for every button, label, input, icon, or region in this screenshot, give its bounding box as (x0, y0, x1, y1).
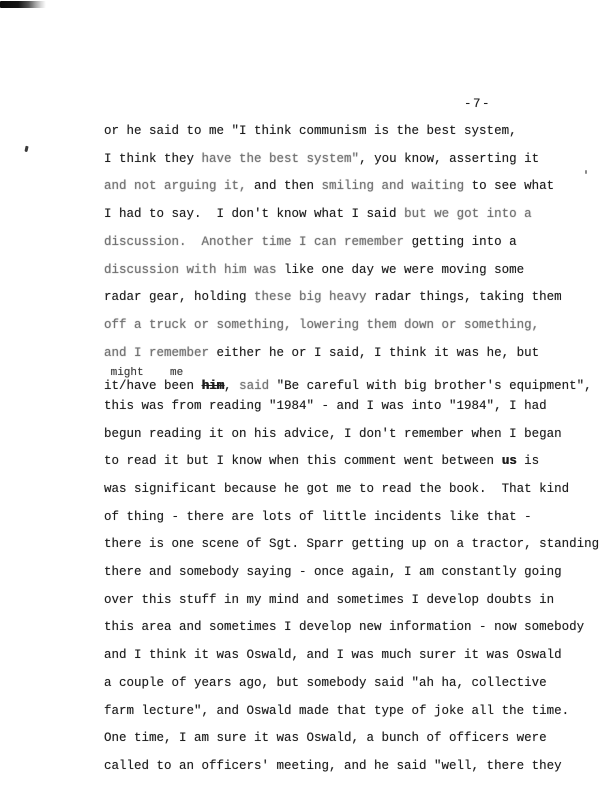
document-line: there is one scene of Sgt. Sparr getting… (104, 531, 609, 559)
text-segment: there and somebody saying - once again, … (104, 565, 562, 579)
document-line: begun reading it on his advice, I don't … (104, 421, 609, 449)
document-line: I think they have the best system", you … (104, 146, 609, 174)
document-line: and not arguing it, and then smiling and… (104, 173, 609, 201)
text-segment: have the best system" (202, 152, 360, 166)
overstruck-word: us (502, 454, 517, 468)
text-segment: off a truck or something, lowering them … (104, 318, 539, 332)
scan-smudge (0, 1, 46, 8)
document-body: or he said to me "I think communism is t… (104, 118, 609, 781)
text-segment: I had to say. I don't know what I said (104, 207, 404, 221)
text-segment: might me (104, 367, 183, 379)
document-line: a couple of years ago, but somebody said… (104, 670, 609, 698)
text-segment: radar things, taking them (374, 290, 562, 304)
text-segment: getting into a (412, 235, 517, 249)
text-segment: to see what (464, 179, 554, 193)
document-line: was significant because he got me to rea… (104, 476, 609, 504)
text-segment: called to an officers' meeting, and he s… (104, 759, 562, 773)
text-segment: this area and sometimes I develop new in… (104, 620, 584, 634)
text-segment: was significant because he got me to rea… (104, 482, 569, 496)
text-segment: , (224, 379, 239, 393)
text-segment: like one day we were moving some (284, 263, 524, 277)
document-line: discussion with him was like one day we … (104, 257, 609, 285)
text-segment: and I think it was Oswald, and I was muc… (104, 648, 562, 662)
text-segment: over this stuff in my mind and sometimes… (104, 593, 554, 607)
document-line: over this stuff in my mind and sometimes… (104, 587, 609, 615)
text-segment: I think they (104, 152, 202, 166)
text-segment: either he or I said, I think it was he, … (217, 346, 540, 360)
struck-word: him (202, 379, 225, 393)
text-segment: begun reading it on his advice, I don't … (104, 427, 562, 441)
page-number: -7- (464, 97, 491, 111)
text-segment: said (239, 379, 269, 393)
text-segment: and then (254, 179, 322, 193)
text-segment: discussion with him was (104, 263, 284, 277)
text-segment: there is one scene of Sgt. Sparr getting… (104, 537, 599, 551)
document-line: there and somebody saying - once again, … (104, 559, 609, 587)
document-line: this area and sometimes I develop new in… (104, 614, 609, 642)
document-line: of thing - there are lots of little inci… (104, 504, 609, 532)
text-segment: One time, I am sure it was Oswald, a bun… (104, 731, 547, 745)
text-segment: is (517, 454, 540, 468)
text-segment: this was from reading "1984" - and I was… (104, 399, 547, 413)
document-line: I had to say. I don't know what I said b… (104, 201, 609, 229)
text-segment: it/have been (104, 379, 202, 393)
text-segment: and I remember (104, 346, 217, 360)
document-page: -7- or he said to me "I think communism … (0, 0, 612, 791)
text-segment: a couple of years ago, but somebody said… (104, 676, 547, 690)
document-line: called to an officers' meeting, and he s… (104, 753, 609, 781)
text-segment: and not arguing it, (104, 179, 254, 193)
document-line: One time, I am sure it was Oswald, a bun… (104, 725, 609, 753)
document-line: off a truck or something, lowering them … (104, 312, 609, 340)
document-line: or he said to me "I think communism is t… (104, 118, 609, 146)
text-segment: discussion. Another time I can remember (104, 235, 412, 249)
text-segment: farm lecture", and Oswald made that type… (104, 704, 569, 718)
document-line: and I think it was Oswald, and I was muc… (104, 642, 609, 670)
document-line: to read it but I know when this comment … (104, 448, 609, 476)
document-line: radar gear, holding these big heavy rada… (104, 284, 609, 312)
text-segment: , you know, asserting it (359, 152, 539, 166)
document-line: it/have been him, said "Be careful with … (104, 380, 609, 393)
text-segment: smiling and waiting (322, 179, 465, 193)
text-segment: of thing - there are lots of little inci… (104, 510, 532, 524)
text-segment: radar gear, holding (104, 290, 254, 304)
document-line: discussion. Another time I can remember … (104, 229, 609, 257)
document-line: this was from reading "1984" - and I was… (104, 393, 609, 421)
document-line: farm lecture", and Oswald made that type… (104, 698, 609, 726)
text-segment: these big heavy (254, 290, 374, 304)
document-line: and I remember either he or I said, I th… (104, 340, 609, 368)
scan-artifact (24, 146, 28, 152)
text-segment: or he said to me "I think communism is t… (104, 124, 517, 138)
text-segment: "Be careful with big brother's equipment… (269, 379, 592, 393)
text-segment: but we got into a (404, 207, 532, 221)
text-segment: to read it but I know when this comment … (104, 454, 502, 468)
